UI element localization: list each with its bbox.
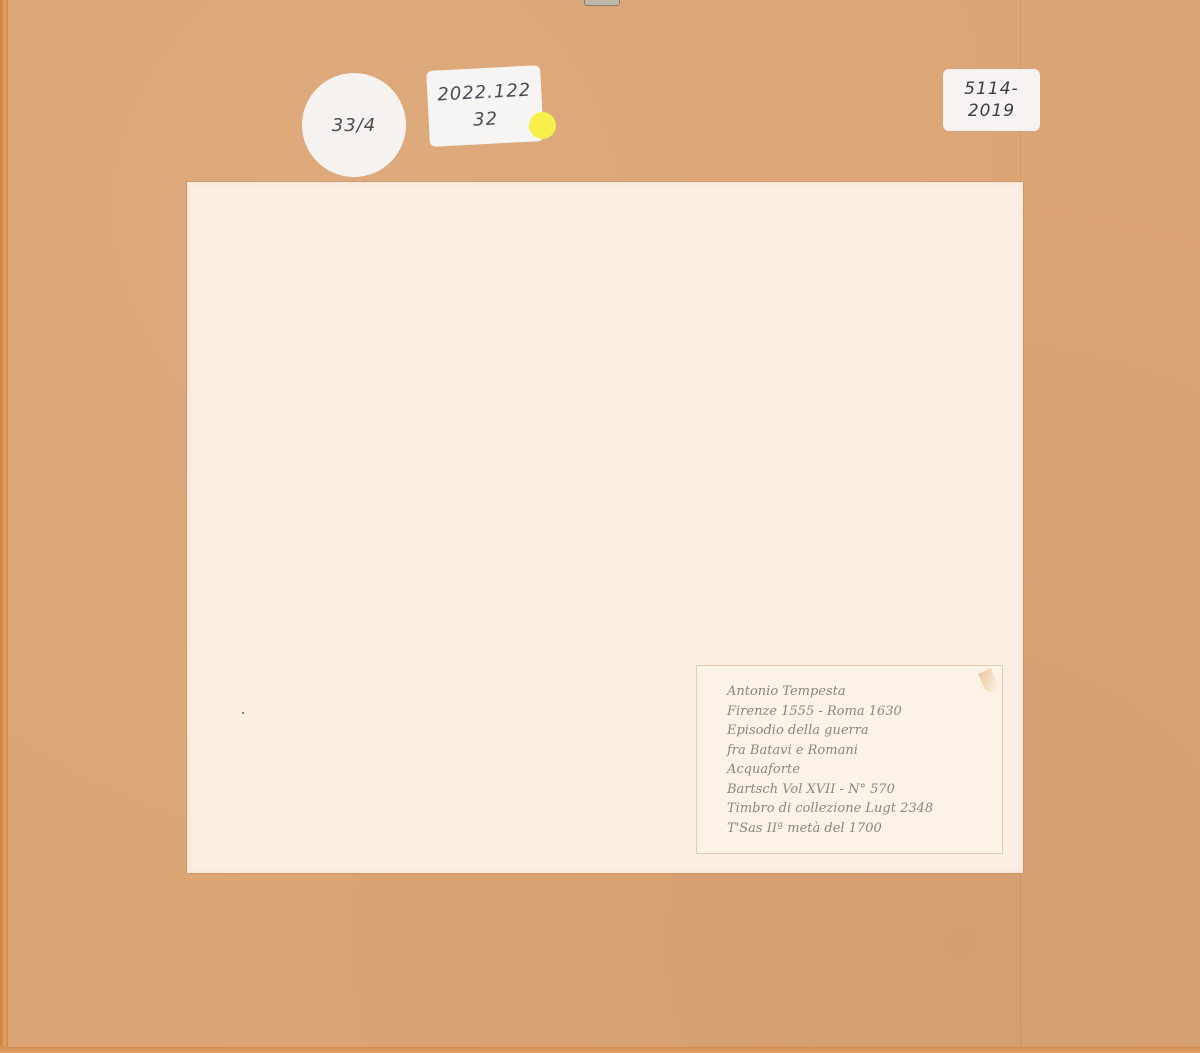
note-line-title-1: Episodio della guerra bbox=[727, 721, 1002, 741]
hanging-hook bbox=[584, 0, 620, 6]
note-line-dates: Firenze 1555 - Roma 1630 bbox=[727, 702, 1002, 722]
inventory-label-line2: 32 bbox=[473, 108, 499, 130]
note-line-technique: Acquaforte bbox=[727, 760, 1002, 780]
frame-edge-bottom bbox=[0, 1047, 1200, 1053]
note-line-bartsch: Bartsch Vol XVII - N° 570 bbox=[727, 780, 1002, 800]
catalog-label-line2: 2019 bbox=[968, 101, 1015, 121]
inventory-label: 2022.122 32 bbox=[426, 65, 544, 147]
yellow-dot-sticker bbox=[529, 112, 556, 139]
dust-speck bbox=[242, 712, 244, 714]
note-line-title-2: fra Batavi e Romani bbox=[727, 741, 1002, 761]
round-sticker-text: 33/4 bbox=[332, 115, 376, 136]
note-line-lugt: Timbro di collezione Lugt 2348 bbox=[727, 799, 1002, 819]
catalog-label: 5114- 2019 bbox=[943, 69, 1040, 131]
handwritten-note-card: Antonio Tempesta Firenze 1555 - Roma 163… bbox=[697, 666, 1002, 853]
round-sticker: 33/4 bbox=[302, 73, 406, 177]
note-line-stamp: T'Sas IIª metà del 1700 bbox=[727, 819, 1002, 839]
frame-edge-left bbox=[0, 0, 8, 1053]
note-line-artist: Antonio Tempesta bbox=[727, 682, 1002, 702]
inventory-label-line1: 2022.122 bbox=[437, 80, 532, 106]
catalog-label-line1: 5114- bbox=[964, 79, 1018, 99]
